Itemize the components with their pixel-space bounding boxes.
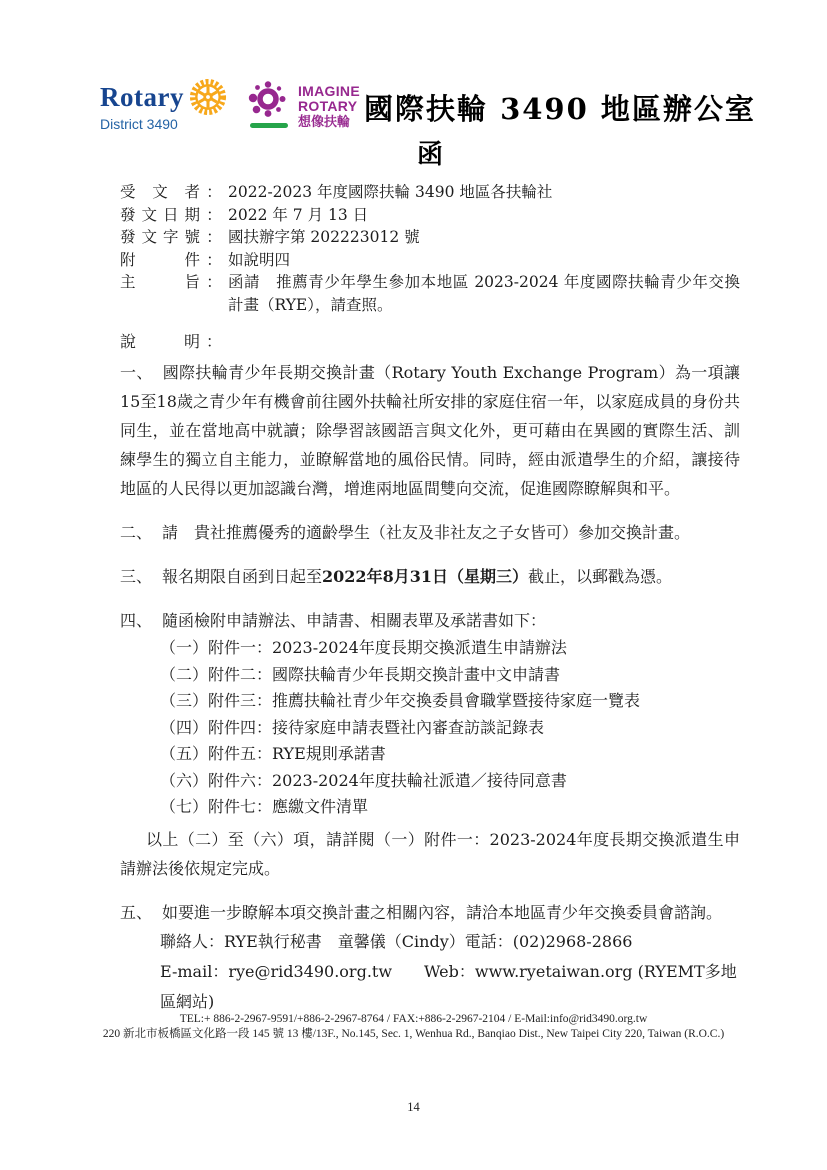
attachment-item: （二）附件二：國際扶輪青少年長期交換計畫中文申請書 [160, 662, 740, 689]
letterhead: Rotary District 3490 [100, 76, 747, 173]
rotary-wheel-icon [189, 78, 227, 116]
explanation-item-5: 五、如要進一步瞭解本項交換計畫之相關內容，請洽本地區青少年交換委員會諮詢。 [120, 898, 740, 927]
doc-type-heading: 函 [120, 137, 740, 173]
item-text-prefix: 報名期限自函到日起至 [162, 567, 322, 586]
field-subject: 主旨 ： 函請 推薦青少年學生參加本地區 2023-2024 年度國際扶輪青少年… [120, 271, 740, 316]
field-ref-number: 發文字號 ： 國扶辦字第 202223012 號 [120, 226, 740, 249]
field-colon: ： [200, 226, 228, 249]
item-text-suffix: 截止，以郵戳為憑。 [528, 567, 672, 586]
field-value: 2022 年 7 月 13 日 [228, 204, 740, 227]
letter-body: 受文者 ： 2022-2023 年度國際扶輪 3490 地區各扶輪社 發文日期 … [120, 181, 740, 1017]
field-issue-date: 發文日期 ： 2022 年 7 月 13 日 [120, 204, 740, 227]
field-value: 2022-2023 年度國際扶輪 3490 地區各扶輪社 [228, 181, 740, 204]
field-value: 如說明四 [228, 249, 740, 272]
item-number: 五、 [120, 903, 162, 922]
attachment-item: （四）附件四：接待家庭申請表暨社內審查訪談記錄表 [160, 715, 740, 742]
logo-row: Rotary District 3490 [100, 76, 747, 134]
imagine-cjk-label: 想像扶輪 [298, 114, 360, 129]
attachment-item: （七）附件七：應繳文件清單 [160, 794, 740, 821]
item-text: 國際扶輪青少年長期交換計畫（Rotary Youth Exchange Prog… [120, 363, 740, 498]
item-text: 請 貴社推薦優秀的適齡學生（社友及非社友之子女皆可）參加交換計畫。 [162, 523, 690, 542]
item-number: 一、 [120, 363, 163, 382]
rotary-wordmark: Rotary [100, 82, 184, 112]
item-text: 如要進一步瞭解本項交換計畫之相關內容，請洽本地區青少年交換委員會諮詢。 [162, 903, 722, 922]
attachment-closing-note: 以上（二）至（六）項，請詳閱（一）附件一：2023-2024年度長期交換派遣生申… [120, 825, 740, 883]
field-value: 國扶辦字第 202223012 號 [228, 226, 740, 249]
explanation-colon: ： [200, 327, 228, 356]
rotary-logo: Rotary District 3490 [100, 78, 227, 132]
field-label: 發文日期 [120, 204, 200, 227]
attachment-item: （一）附件一：2023-2024年度長期交換派遣生申請辦法 [160, 635, 740, 662]
explanation-heading: 說明 ： [120, 327, 740, 356]
item-text: 隨函檢附申請辦法、申請書、相關表單及承諾書如下： [162, 611, 546, 630]
rotary-label: ROTARY [298, 99, 360, 114]
footer-address-line: 220 新北市板橋區文化路一段 145 號 13 樓/13F., No.145,… [0, 1027, 827, 1042]
field-colon: ： [200, 204, 228, 227]
attachment-list: （一）附件一：2023-2024年度長期交換派遣生申請辦法 （二）附件二：國際扶… [160, 635, 740, 821]
page-number: 14 [0, 1100, 827, 1115]
field-recipient: 受文者 ： 2022-2023 年度國際扶輪 3490 地區各扶輪社 [120, 181, 740, 204]
document-page: Rotary District 3490 [0, 0, 827, 1170]
footer-contact-line: TEL:+ 886-2-2967-9591/+886-2-2967-8764 /… [0, 1012, 827, 1027]
field-attachment: 附件 ： 如說明四 [120, 249, 740, 272]
field-colon: ： [200, 181, 228, 204]
imagine-label: IMAGINE [298, 84, 360, 99]
item-number: 三、 [120, 567, 162, 586]
explanation-item-2: 二、請 貴社推薦優秀的適齡學生（社友及非社友之子女皆可）參加交換計畫。 [120, 518, 740, 547]
attachment-item: （五）附件五：RYE規則承諾書 [160, 741, 740, 768]
field-label: 主旨 [120, 271, 200, 316]
contact-person-line: 聯絡人：RYE執行秘書 童馨儀（Cindy）電話：(02)2968-2866 [160, 927, 740, 957]
explanation-item-4: 四、隨函檢附申請辦法、申請書、相關表單及承諾書如下： [120, 606, 740, 635]
rotary-district-label: District 3490 [100, 116, 178, 132]
explanation-item-1: 一、國際扶輪青少年長期交換計畫（Rotary Youth Exchange Pr… [120, 358, 740, 503]
field-colon: ： [200, 249, 228, 272]
item-number: 四、 [120, 611, 162, 630]
explanation-item-3: 三、報名期限自函到日起至2022年8月31日（星期三）截止，以郵戳為憑。 [120, 562, 740, 591]
field-colon: ： [200, 271, 228, 316]
explanation-label: 說明 [120, 327, 200, 356]
imagine-rotary-logo: IMAGINE ROTARY 想像扶輪 [247, 80, 360, 130]
attachment-item: （三）附件三：推薦扶輪社青少年交換委員會職掌暨接待家庭一覽表 [160, 688, 740, 715]
field-label: 發文字號 [120, 226, 200, 249]
deadline-date-bold: 2022年8月31日（星期三） [322, 567, 528, 586]
field-label: 附件 [120, 249, 200, 272]
email-web-line: E-mail：rye@rid3490.org.tw Web：www.ryetai… [160, 957, 740, 1017]
imagine-rotary-icon [247, 80, 291, 130]
item-number: 二、 [120, 523, 162, 542]
field-label: 受文者 [120, 181, 200, 204]
office-title: 國際扶輪 3490 地區辦公室 [364, 83, 756, 128]
field-value: 函請 推薦青少年學生參加本地區 2023-2024 年度國際扶輪青少年交換計畫（… [228, 271, 740, 316]
letterhead-footer: TEL:+ 886-2-2967-9591/+886-2-2967-8764 /… [0, 1012, 827, 1041]
attachment-item: （六）附件六：2023-2024年度扶輪社派遣／接待同意書 [160, 768, 740, 795]
